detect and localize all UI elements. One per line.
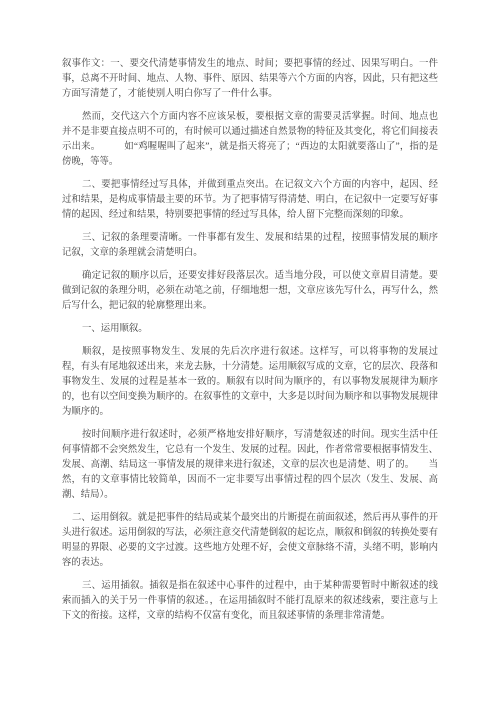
- paragraph-point-two: 二、要把事情经过写具体，并做到重点突出。在记叙文六个方面的内容中，起因、经过和结…: [62, 178, 438, 223]
- paragraph-chaxu: 三、运用插叙。插叙是指在叙述中心事件的过程中，由于某种需要暂时中断叙述的线索而插…: [62, 579, 438, 624]
- document-page: 叙事作文：一、要交代清楚事情发生的地点、时间；要把事情的经过、因果写明白。一件事…: [0, 0, 496, 702]
- paragraph-point-three: 三、记叙的条理要清晰。一件事都有发生、发展和结果的过程，按照事情发展的顺序记叙，…: [62, 231, 438, 261]
- paragraph-shunxu-detail: 顺叙，是按照事物发生、发展的先后次序进行叙述。这样写，可以将事物的发展过程，有头…: [62, 345, 438, 420]
- paragraph-daoxu: 二、运用倒叙。就是把事件的结局或某个最突出的片断提在前面叙述，然后再从事件的开头…: [62, 511, 438, 571]
- paragraph-flexible-detail: 然而，交代这六个方面内容不应该呆板，要根据文章的需要灵活掌握。时间、地点也并不是…: [62, 110, 438, 170]
- paragraph-heading-shunxu: 一、运用顺叙。: [62, 322, 438, 337]
- document-content: 叙事作文：一、要交代清楚事情发生的地点、时间；要把事情的经过、因果写明白。一件事…: [62, 57, 438, 632]
- paragraph-time-order: 按时间顺序进行叙述时，必须严格地安排好顺序，写清楚叙述的时间。现实生活中任何事情…: [62, 428, 438, 503]
- paragraph-intro: 叙事作文：一、要交代清楚事情发生的地点、时间；要把事情的经过、因果写明白。一件事…: [62, 57, 438, 102]
- paragraph-order-planning: 确定记叙的顺序以后，还要安排好段落层次。适当地分段，可以使文章眉目清楚。要做到记…: [62, 269, 438, 314]
